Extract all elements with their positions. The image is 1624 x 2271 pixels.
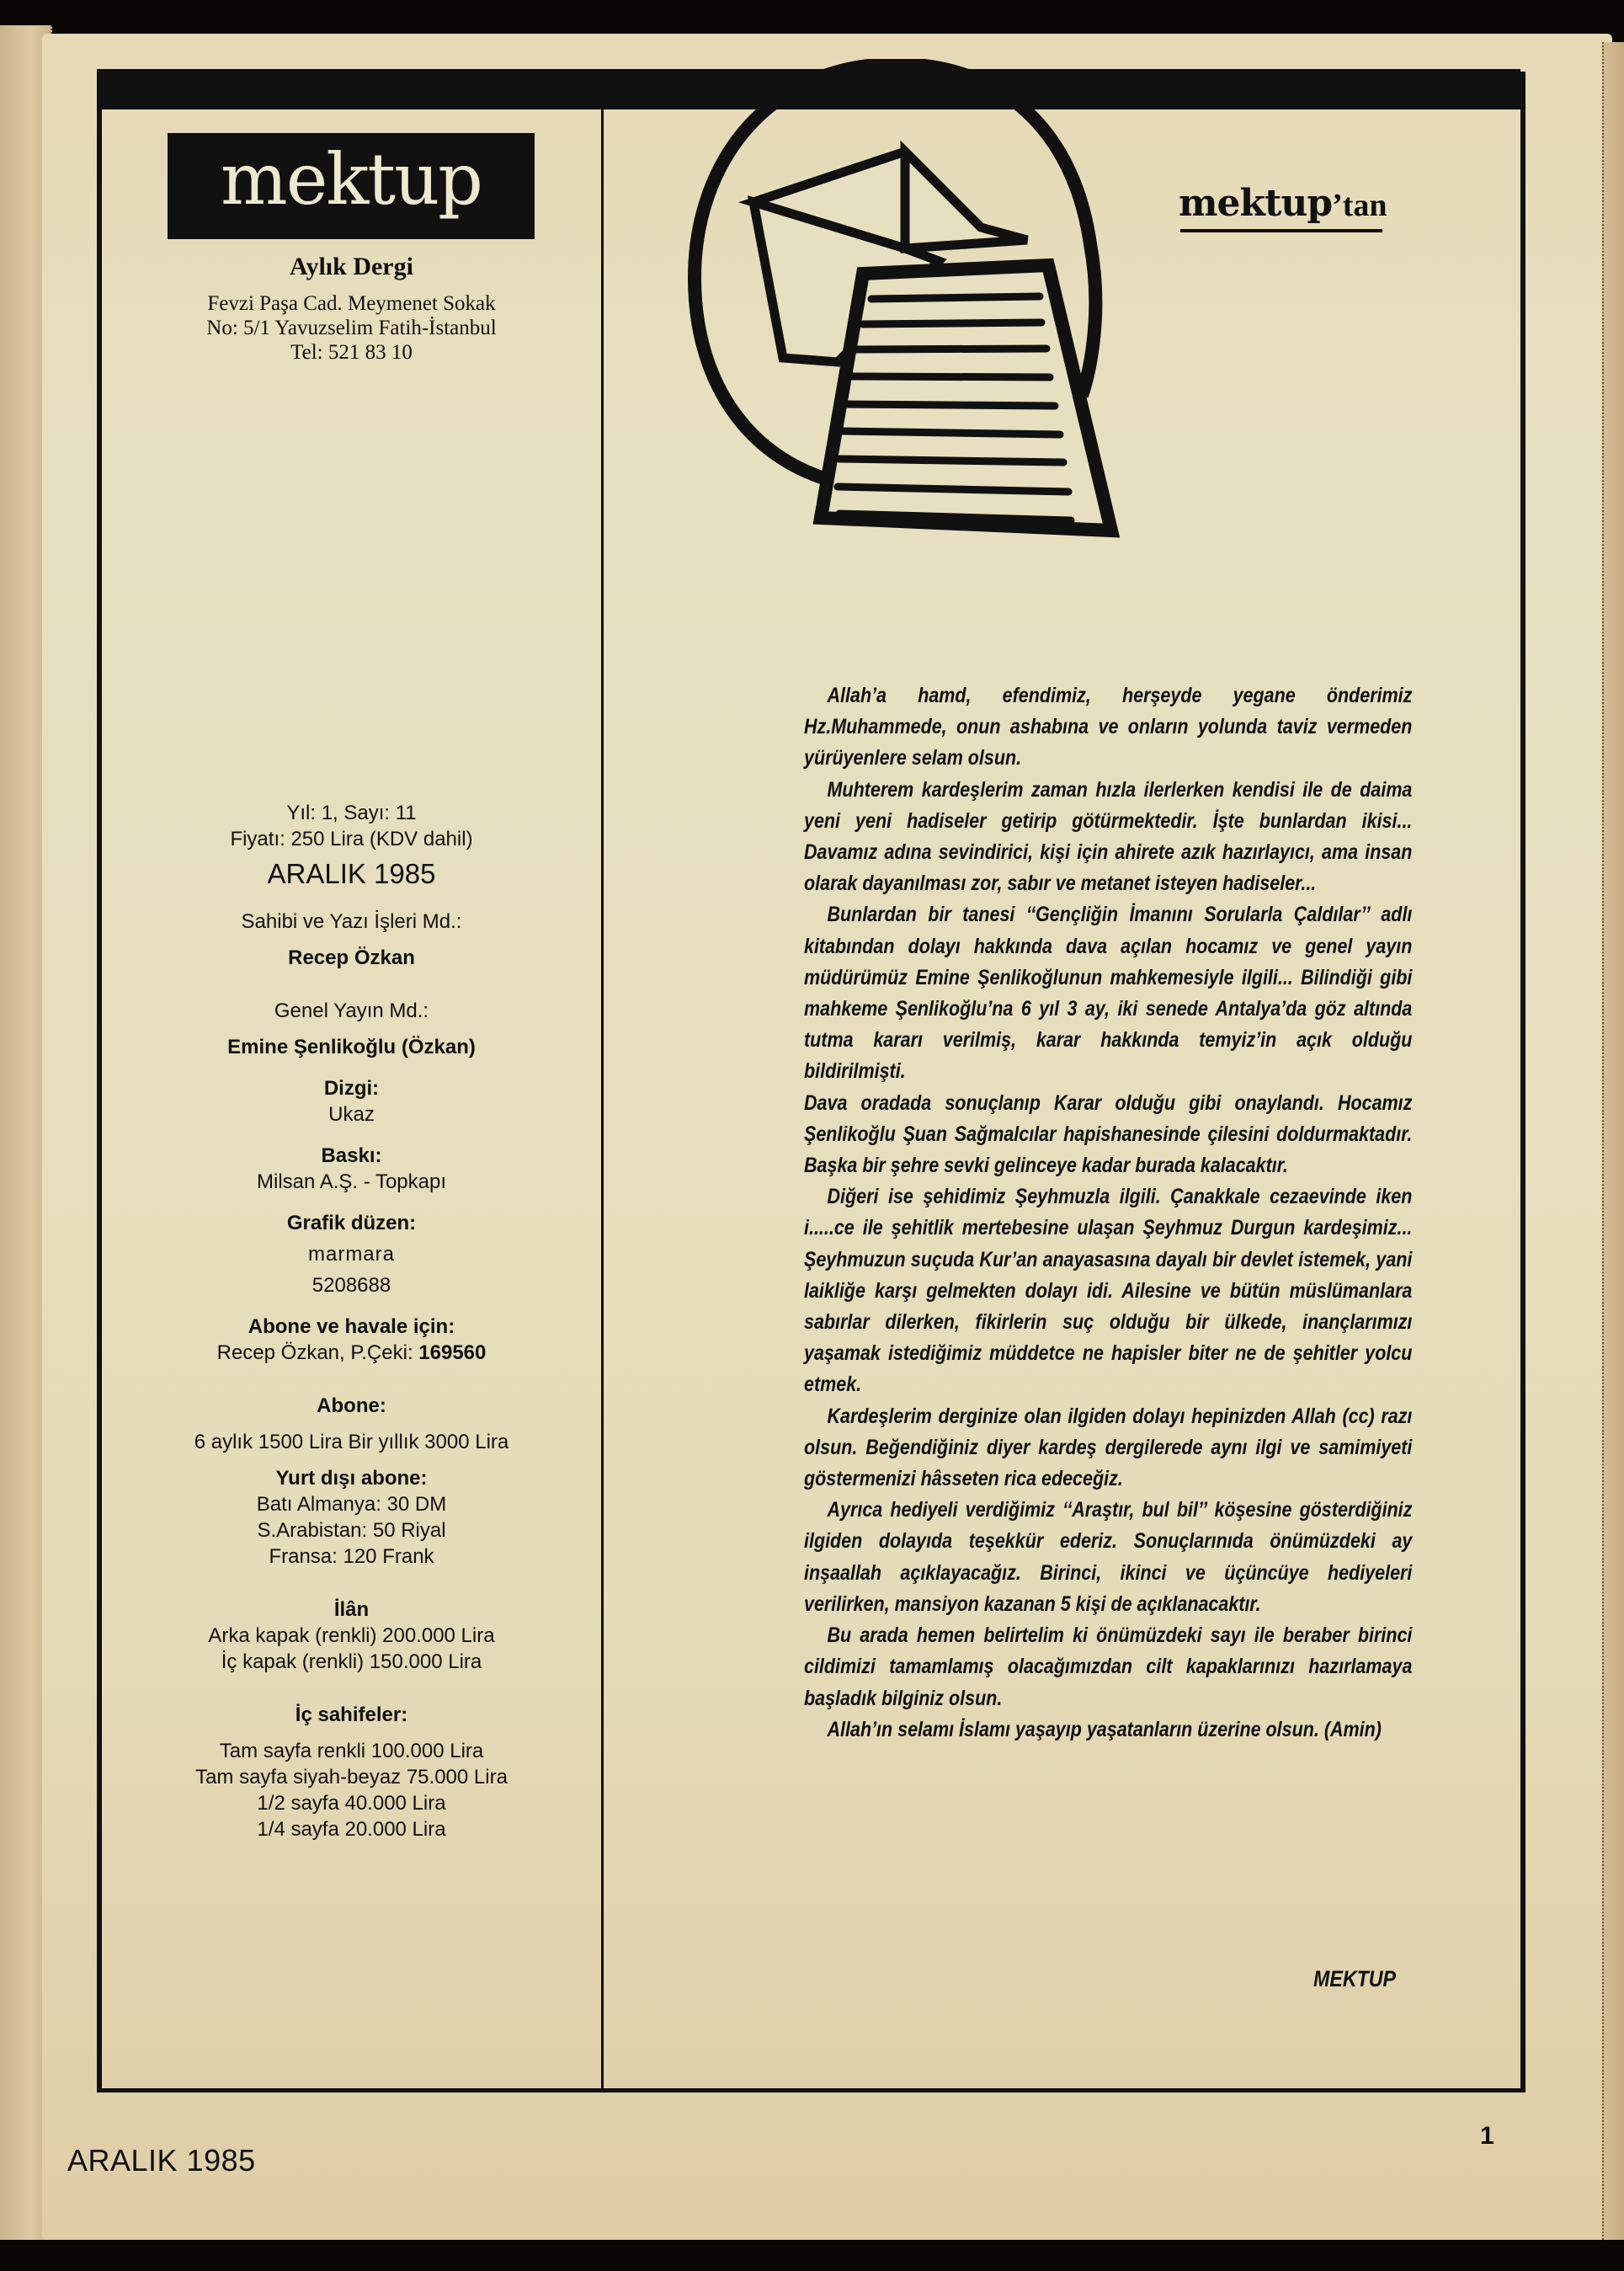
- inner-page-rate: Tam sayfa siyah-beyaz 75.000 Lira: [102, 1764, 601, 1790]
- abroad-rate: Batı Almanya: 30 DM: [102, 1491, 601, 1517]
- letter-paragraph: Kardeşlerim derginize olan ilgiden dolay…: [804, 1401, 1412, 1495]
- imprint-details: Yıl: 1, Sayı: 11 Fiyatı: 250 Lira (KDV d…: [102, 800, 601, 1842]
- logo-text: mektup: [221, 144, 482, 215]
- issue-price: Fiyatı: 250 Lira (KDV dahil): [102, 826, 601, 852]
- letter-paragraph: Allah’a hamd, efendimiz, herşeyde yegane…: [804, 680, 1412, 775]
- letter-paragraph: Bu arada hemen belirtelim ki önümüzdeki …: [804, 1620, 1412, 1714]
- inner-page-rate: Tam sayfa renkli 100.000 Lira: [102, 1738, 601, 1764]
- issue-date: ARALIK 1985: [102, 861, 601, 887]
- graphics-label: Grafik düzen:: [102, 1210, 601, 1236]
- inner-pages-label: İç sahifeler:: [102, 1702, 601, 1728]
- graphics-phone: 5208688: [102, 1272, 601, 1298]
- inner-page-rate: 1/2 sayfa 40.000 Lira: [102, 1790, 601, 1816]
- envelope-letter-icon: [652, 59, 1166, 539]
- editorial-letter: Allah’a hamd, efendimiz, herşeyde yegane…: [804, 680, 1412, 1746]
- masthead-subtitle: Aylık Dergi: [102, 253, 601, 281]
- letter-signature: MEKTUP: [1313, 1966, 1396, 1992]
- column-divider: [601, 108, 604, 2088]
- issue-number: Yıl: 1, Sayı: 11: [102, 800, 601, 826]
- postal-account-number: 169560: [418, 1341, 486, 1364]
- address-line: No: 5/1 Yavuzselim Fatih-İstanbul: [102, 316, 601, 340]
- page-number: 1: [1480, 2122, 1494, 2151]
- letter-paragraph: Diğeri ise şehidimiz Şeyhmuzla ilgili. Ç…: [804, 1181, 1412, 1400]
- inner-page-rate: 1/4 sayfa 20.000 Lira: [102, 1816, 601, 1842]
- ad-rate: İç kapak (renkli) 150.000 Lira: [102, 1649, 601, 1675]
- graphics-name: marmara: [102, 1241, 601, 1267]
- typesetting-value: Ukaz: [102, 1101, 601, 1128]
- typesetting-label: Dizgi:: [102, 1075, 601, 1101]
- ads-label: İlân: [102, 1597, 601, 1623]
- letter-paragraph: Allah’ın selamı İslamı yaşayıp yaşatanla…: [804, 1714, 1412, 1746]
- subscription-transfer-label: Abone ve havale için:: [102, 1314, 601, 1340]
- phone-line: Tel: 521 83 10: [102, 340, 601, 365]
- footer-date: ARALIK 1985: [67, 2143, 256, 2178]
- letter-paragraph: Dava oradada sonuçlanıp Karar olduğu gib…: [804, 1088, 1412, 1182]
- address-line: Fevzi Paşa Cad. Meymenet Sokak: [102, 291, 601, 316]
- section-logo-text: mektup: [1179, 182, 1332, 225]
- abroad-rate: S.Arabistan: 50 Riyal: [102, 1517, 601, 1543]
- abroad-label: Yurt dışı abone:: [102, 1465, 601, 1491]
- printing-label: Baskı:: [102, 1143, 601, 1169]
- ad-rate: Arka kapak (renkli) 200.000 Lira: [102, 1623, 601, 1649]
- owner-label: Sahibi ve Yazı İşleri Md.:: [102, 909, 601, 935]
- printing-value: Milsan A.Ş. - Topkapı: [102, 1169, 601, 1195]
- section-title: mektup’tan: [1179, 185, 1387, 222]
- section-title-underline: [1180, 229, 1382, 232]
- subscription-transfer-value: Recep Özkan, P.Çeki: 169560: [102, 1340, 601, 1366]
- letter-paragraph: Muhterem kardeşlerim zaman hızla ilerler…: [804, 775, 1412, 900]
- next-page-edge: [1602, 42, 1624, 2240]
- owner-name: Recep Özkan: [102, 945, 601, 971]
- subscription-label: Abone:: [102, 1393, 601, 1419]
- letter-paragraph: Bunlardan bir tanesi ‘‘Gençliğin İmanını…: [804, 899, 1412, 1087]
- letter-paragraph: Ayrıca hediyeli verdiğimiz ‘‘Araştır, bu…: [804, 1495, 1412, 1620]
- subscription-value: 6 aylık 1500 Lira Bir yıllık 3000 Lira: [102, 1429, 601, 1455]
- editor-name: Emine Şenlikoğlu (Özkan): [102, 1034, 601, 1060]
- section-logo-suffix: ’tan: [1332, 188, 1387, 223]
- abroad-rate: Fransa: 120 Frank: [102, 1543, 601, 1570]
- masthead-logo: mektup: [168, 133, 535, 239]
- publisher-address: Fevzi Paşa Cad. Meymenet Sokak No: 5/1 Y…: [102, 291, 601, 365]
- imprint-column: mektup Aylık Dergi Fevzi Paşa Cad. Meyme…: [102, 109, 601, 2080]
- editor-label: Genel Yayın Md.:: [102, 998, 601, 1024]
